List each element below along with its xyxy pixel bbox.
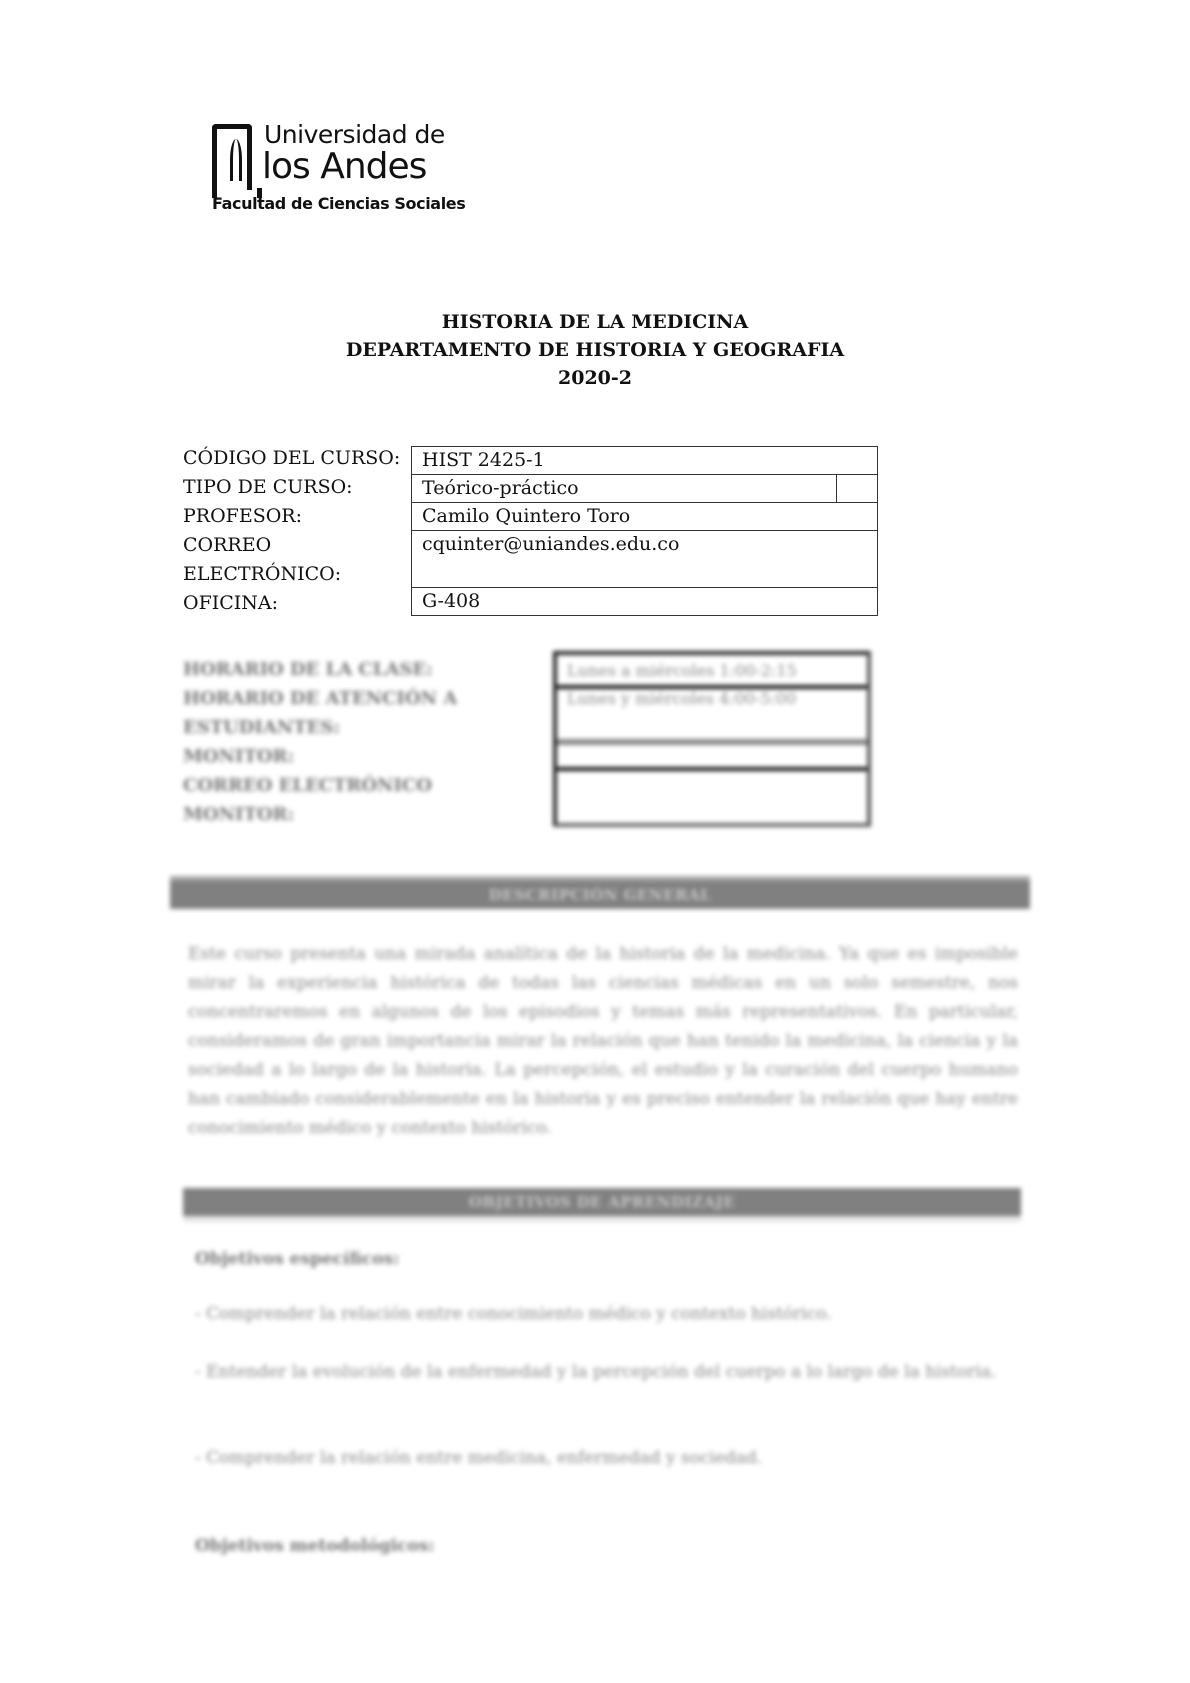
objective-item: - Entender la evolución de la enfermedad… (195, 1358, 1015, 1387)
value-code: HIST 2425-1 (412, 447, 878, 475)
objective-item: - Comprender la relación entre medicina,… (195, 1444, 1015, 1473)
logo-text-line2: los Andes (262, 146, 426, 187)
value-office-hours: Lunes y miércoles 4:00-5:00 (557, 687, 867, 735)
course-info-labels: CÓDIGO DEL CURSO: TIPO DE CURSO: PROFESO… (183, 444, 393, 618)
label-office-hours-2: ESTUDIANTES: (183, 713, 483, 742)
label-monitor: MONITOR: (183, 742, 483, 771)
description-paragraph: Este curso presenta una mirada analítica… (188, 940, 1018, 1143)
value-type-extra-cell (837, 475, 878, 503)
course-title: HISTORIA DE LA MEDICINA (0, 308, 1190, 336)
university-logo: Universidad de los Andes Facultad de Cie… (212, 120, 472, 220)
label-type: TIPO DE CURSO: (183, 473, 393, 502)
logo-text-line1: Universidad de (264, 120, 445, 149)
value-type: Teórico-práctico (412, 475, 837, 503)
label-code: CÓDIGO DEL CURSO: (183, 444, 393, 473)
label-class-hours: HORARIO DE LA CLASE: (183, 655, 483, 684)
label-email-2: ELECTRÓNICO: (183, 560, 393, 589)
schedule-labels: HORARIO DE LA CLASE: HORARIO DE ATENCIÓN… (183, 655, 483, 829)
value-monitor (557, 739, 867, 765)
document-title: HISTORIA DE LA MEDICINA DEPARTAMENTO DE … (0, 308, 1190, 392)
label-email-1: CORREO (183, 531, 393, 560)
logo-faculty: Facultad de Ciencias Sociales (212, 194, 465, 213)
label-monitor-email-2: MONITOR: (183, 800, 483, 829)
term: 2020-2 (0, 364, 1190, 392)
label-office: OFICINA: (183, 589, 393, 618)
specific-objectives-heading: Objetivos específicos: (195, 1245, 1015, 1274)
section-heading-description: DESCRIPCIÓN GENERAL (170, 876, 1030, 909)
value-professor: Camilo Quintero Toro (412, 503, 878, 531)
schedule-table: Lunes a miércoles 1:00-2:15 Lunes y miér… (553, 651, 871, 827)
course-info-table: HIST 2425-1 Teórico-práctico Camilo Quin… (411, 446, 878, 616)
section-heading-objectives: OBJETIVOS DE APRENDIZAJE (183, 1188, 1021, 1222)
label-professor: PROFESOR: (183, 502, 393, 531)
value-monitor-email (557, 767, 867, 827)
objective-item: - Comprender la relación entre conocimie… (195, 1300, 1015, 1329)
value-class-hours: Lunes a miércoles 1:00-2:15 (557, 659, 867, 689)
value-email: cquinter@uniandes.edu.co (412, 531, 878, 588)
label-office-hours-1: HORARIO DE ATENCIÓN A (183, 684, 483, 713)
methodological-objectives-heading: Objetivos metodológicos: (195, 1532, 1015, 1561)
university-emblem-icon (212, 124, 252, 190)
value-office: G-408 (412, 588, 878, 616)
department-name: DEPARTAMENTO DE HISTORIA Y GEOGRAFIA (0, 336, 1190, 364)
label-monitor-email-1: CORREO ELECTRÓNICO (183, 771, 483, 800)
